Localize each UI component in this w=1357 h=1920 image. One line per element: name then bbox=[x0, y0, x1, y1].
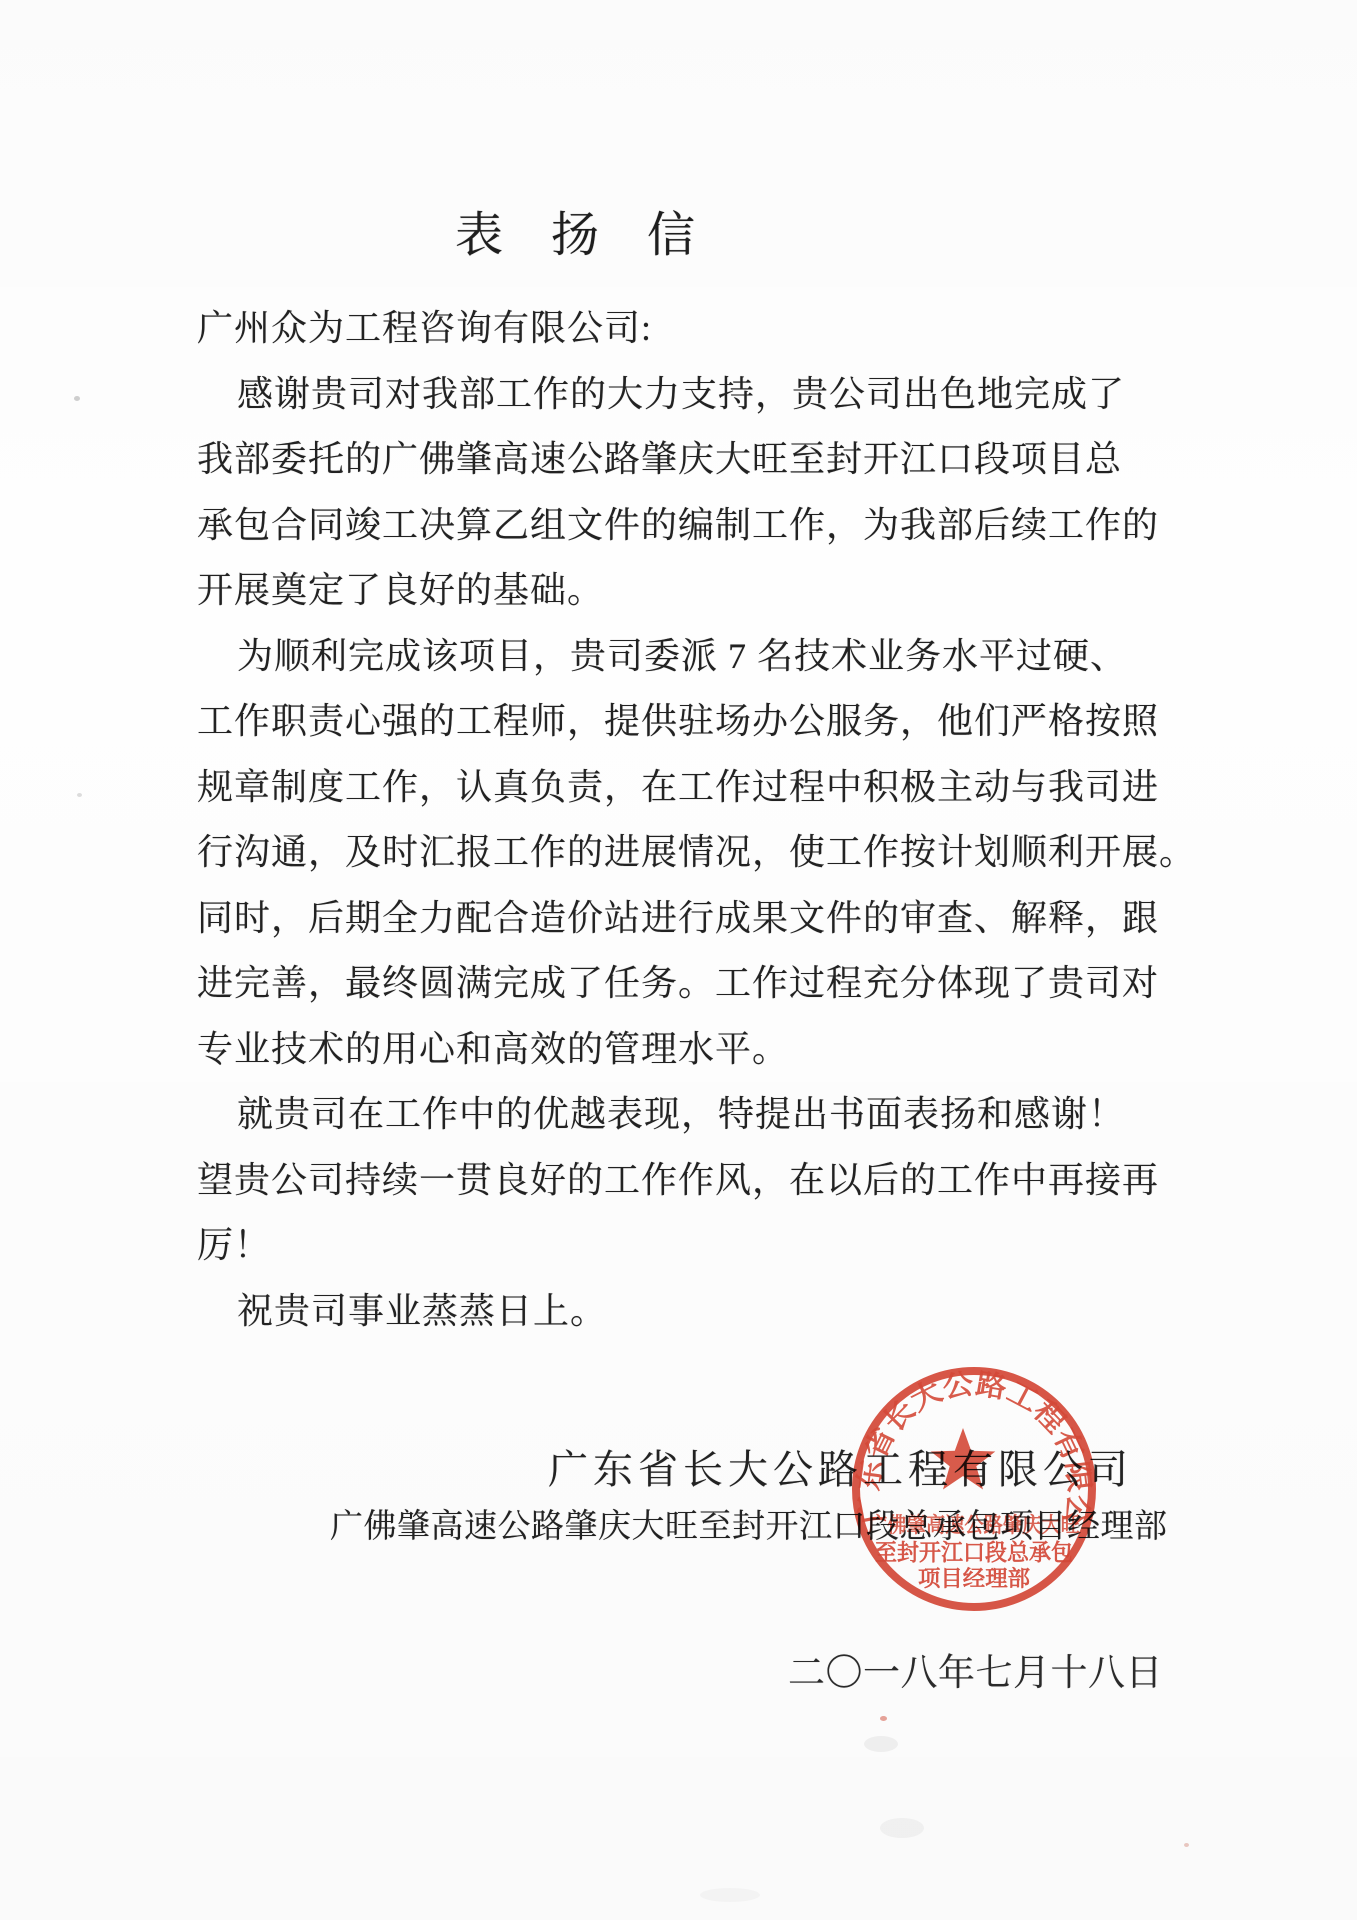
letter-line: 专业技术的用心和高效的管理水平。 bbox=[197, 1017, 1177, 1083]
letter-line: 工作职责心强的工程师，提供驻场办公服务，他们严格按照 bbox=[197, 689, 1177, 755]
letter-line: 我部委托的广佛肇高速公路肇庆大旺至封开江口段项目总 bbox=[197, 427, 1177, 493]
salutation: 广州众为工程咨询有限公司: bbox=[197, 296, 1177, 362]
scan-artifact bbox=[700, 1888, 760, 1902]
letter-line: 为顺利完成该项目，贵司委派 7 名技术业务水平过硬、 bbox=[197, 624, 1177, 690]
letter-line: 厉！ bbox=[197, 1213, 1177, 1279]
company-seal-stamp: 广东省长大公路工程有限公司 广佛肇高速公路肇庆大旺 至封开江口段总承包 项目经理… bbox=[845, 1360, 1103, 1618]
stamp-arc-text: 广东省长大公路工程有限公司 bbox=[845, 1360, 1096, 1528]
stamp-inner-line1: 广佛肇高速公路肇庆大旺 bbox=[868, 1513, 1080, 1537]
letter-line: 感谢贵司对我部工作的大力支持，贵公司出色地完成了 bbox=[197, 362, 1177, 428]
letter-body: 广州众为工程咨询有限公司: 感谢贵司对我部工作的大力支持，贵公司出色地完成了 我… bbox=[197, 296, 1177, 1344]
letter-line: 开展奠定了良好的基础。 bbox=[197, 558, 1177, 624]
letter-title: 表 扬 信 bbox=[455, 206, 695, 266]
stamp-inner-line2: 至封开江口段总承包 bbox=[875, 1539, 1073, 1565]
letter-line: 就贵司在工作中的优越表现，特提出书面表扬和感谢！ bbox=[197, 1082, 1177, 1148]
letter-line: 规章制度工作，认真负责，在工作过程中积极主动与我司进 bbox=[197, 755, 1177, 821]
letter-line: 承包合同竣工决算乙组文件的编制工作，为我部后续工作的 bbox=[197, 493, 1177, 559]
scan-artifact bbox=[880, 1716, 887, 1721]
letter-page: 表 扬 信 广州众为工程咨询有限公司: 感谢贵司对我部工作的大力支持，贵公司出色… bbox=[0, 0, 1357, 1920]
scan-artifact bbox=[880, 1818, 924, 1838]
scan-artifact bbox=[1184, 1843, 1189, 1847]
letter-line: 同时，后期全力配合造价站进行成果文件的审查、解释，跟 bbox=[197, 886, 1177, 952]
scan-artifact bbox=[77, 793, 82, 797]
stamp-star-icon bbox=[931, 1428, 996, 1490]
stamp-inner-line3: 项目经理部 bbox=[918, 1566, 1030, 1591]
signature-date: 二〇一八年七月十八日 bbox=[788, 1642, 1163, 1696]
letter-line: 望贵公司持续一贯良好的工作作风，在以后的工作中再接再 bbox=[197, 1148, 1177, 1214]
letter-line: 行沟通，及时汇报工作的进展情况，使工作按计划顺利开展。 bbox=[197, 820, 1177, 886]
letter-line: 进完善，最终圆满完成了任务。工作过程充分体现了贵司对 bbox=[197, 951, 1177, 1017]
scan-artifact bbox=[74, 396, 80, 401]
svg-text:广东省长大公路工程有限公司: 广东省长大公路工程有限公司 bbox=[845, 1360, 1096, 1528]
letter-line: 祝贵司事业蒸蒸日上。 bbox=[197, 1279, 1177, 1345]
scan-artifact bbox=[864, 1736, 898, 1752]
